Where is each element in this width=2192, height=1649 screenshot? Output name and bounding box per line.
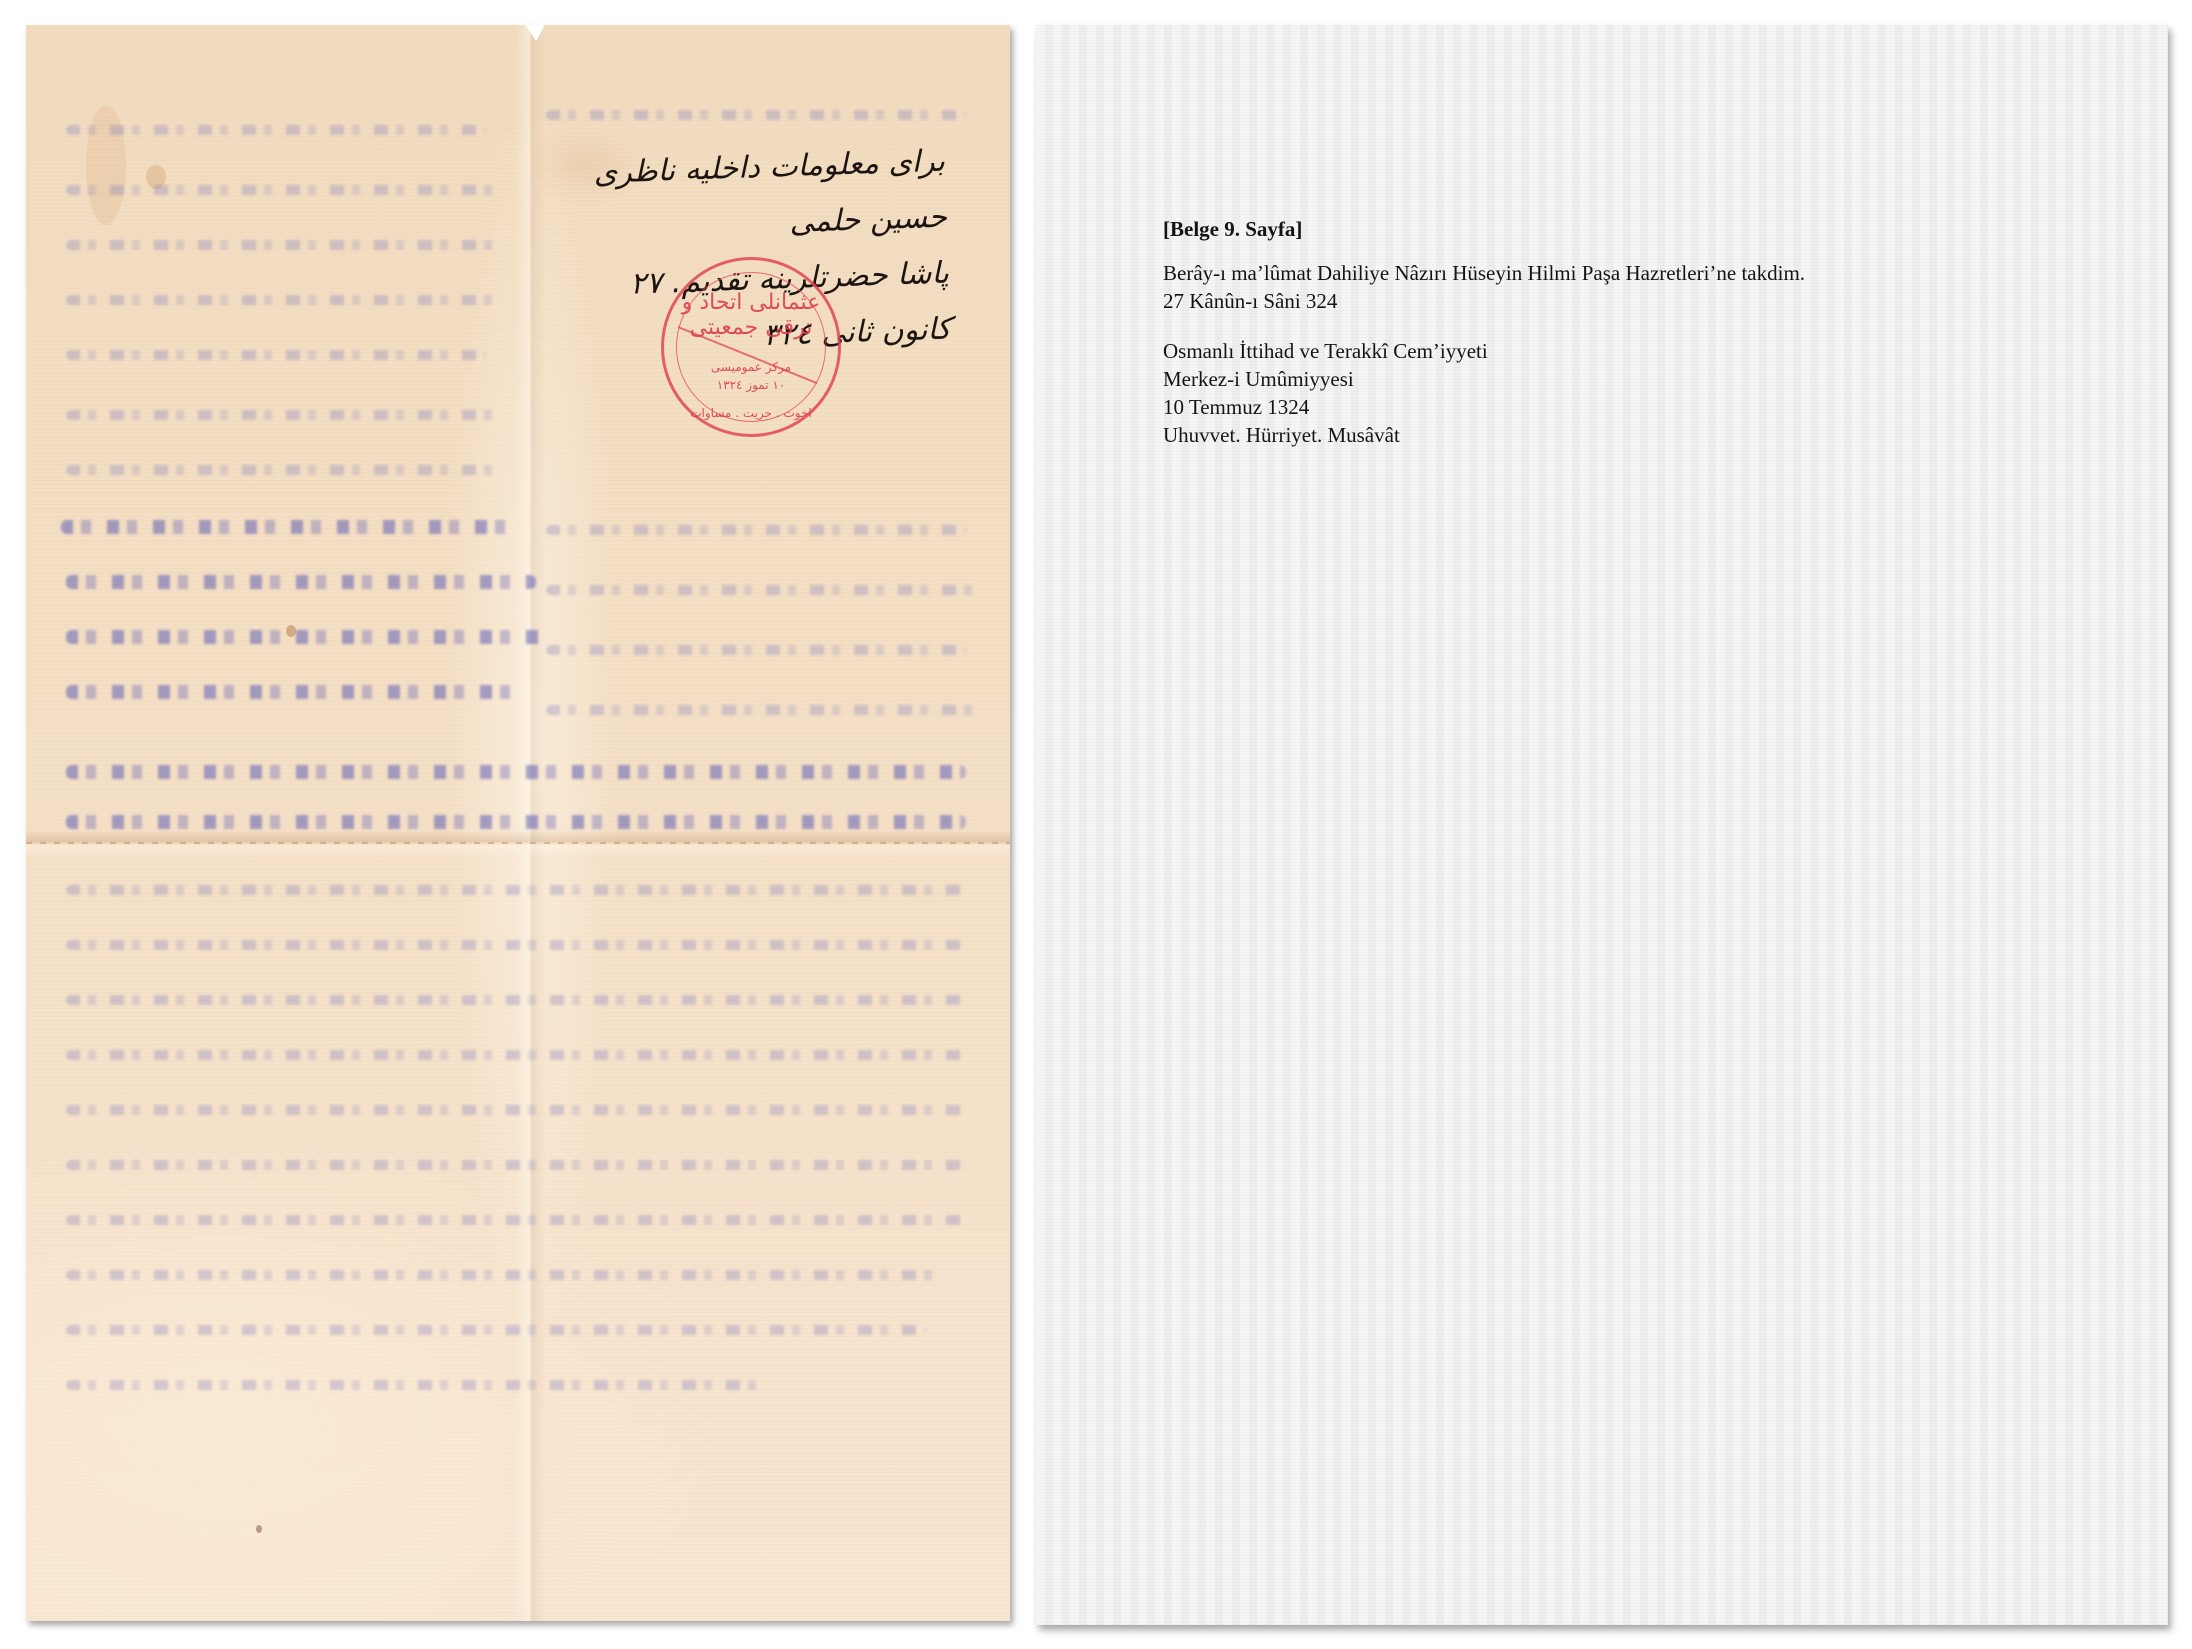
transcription-text: [Belge 9. Sayfa] Berây-ı ma’lûmat Dahili… (1163, 215, 1805, 471)
transcription-line: Osmanlı İttihad ve Terakkî Cem’iyyeti (1163, 337, 1805, 365)
transcription-line: Merkez-i Umûmiyyesi (1163, 365, 1805, 393)
transcription-line: Berây-ı ma’lûmat Dahiliye Nâzırı Hüseyin… (1163, 259, 1805, 287)
red-seal-stamp: عثمانلى اتحاد و ترقى جمعيتى مركز عموميسى… (661, 257, 841, 437)
transcription-page: [Belge 9. Sayfa] Berây-ı ma’lûmat Dahili… (1036, 25, 2168, 1625)
annotation-line: براى معلومات داخليه ناظرى حسين حلمى (574, 134, 948, 259)
seal-middle-text: مركز عموميسى (664, 360, 838, 374)
scanned-document-image: براى معلومات داخليه ناظرى حسين حلمى پاشا… (26, 25, 1010, 1621)
transcription-line: Uhuvvet. Hürriyet. Musâvât (1163, 421, 1805, 449)
transcription-block-dedication: Berây-ı ma’lûmat Dahiliye Nâzırı Hüseyin… (1163, 259, 1805, 315)
transcription-block-seal: Osmanlı İttihad ve Terakkî Cem’iyyeti Me… (1163, 337, 1805, 449)
transcription-line: 27 Kânûn-ı Sâni 324 (1163, 287, 1805, 315)
page-heading: [Belge 9. Sayfa] (1163, 215, 1805, 243)
seal-top-text: عثمانلى اتحاد و ترقى جمعيتى (664, 290, 838, 340)
document-spread: براى معلومات داخليه ناظرى حسين حلمى پاشا… (0, 0, 2192, 1649)
transcription-line: 10 Temmuz 1324 (1163, 393, 1805, 421)
seal-bottom-text: اخوت . حريت . مساوات (664, 406, 838, 420)
seal-date-text: ١٠ تموز ١٣٢٤ (664, 378, 838, 392)
